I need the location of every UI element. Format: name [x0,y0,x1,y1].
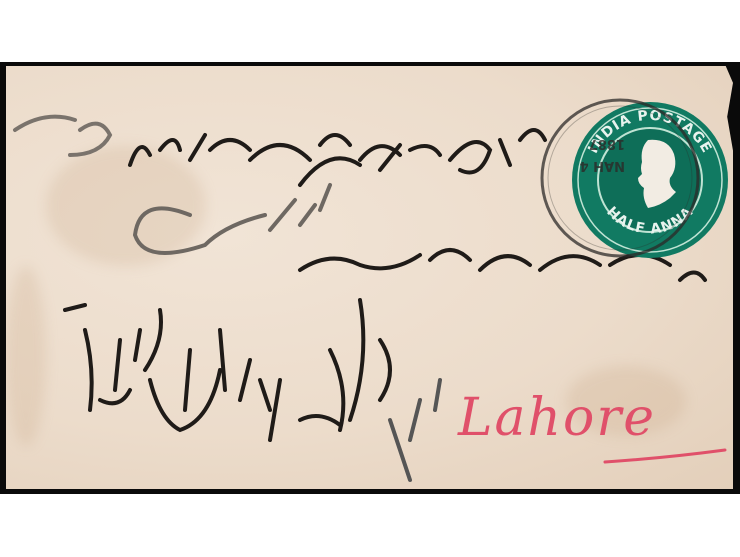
red-underline [0,0,740,557]
